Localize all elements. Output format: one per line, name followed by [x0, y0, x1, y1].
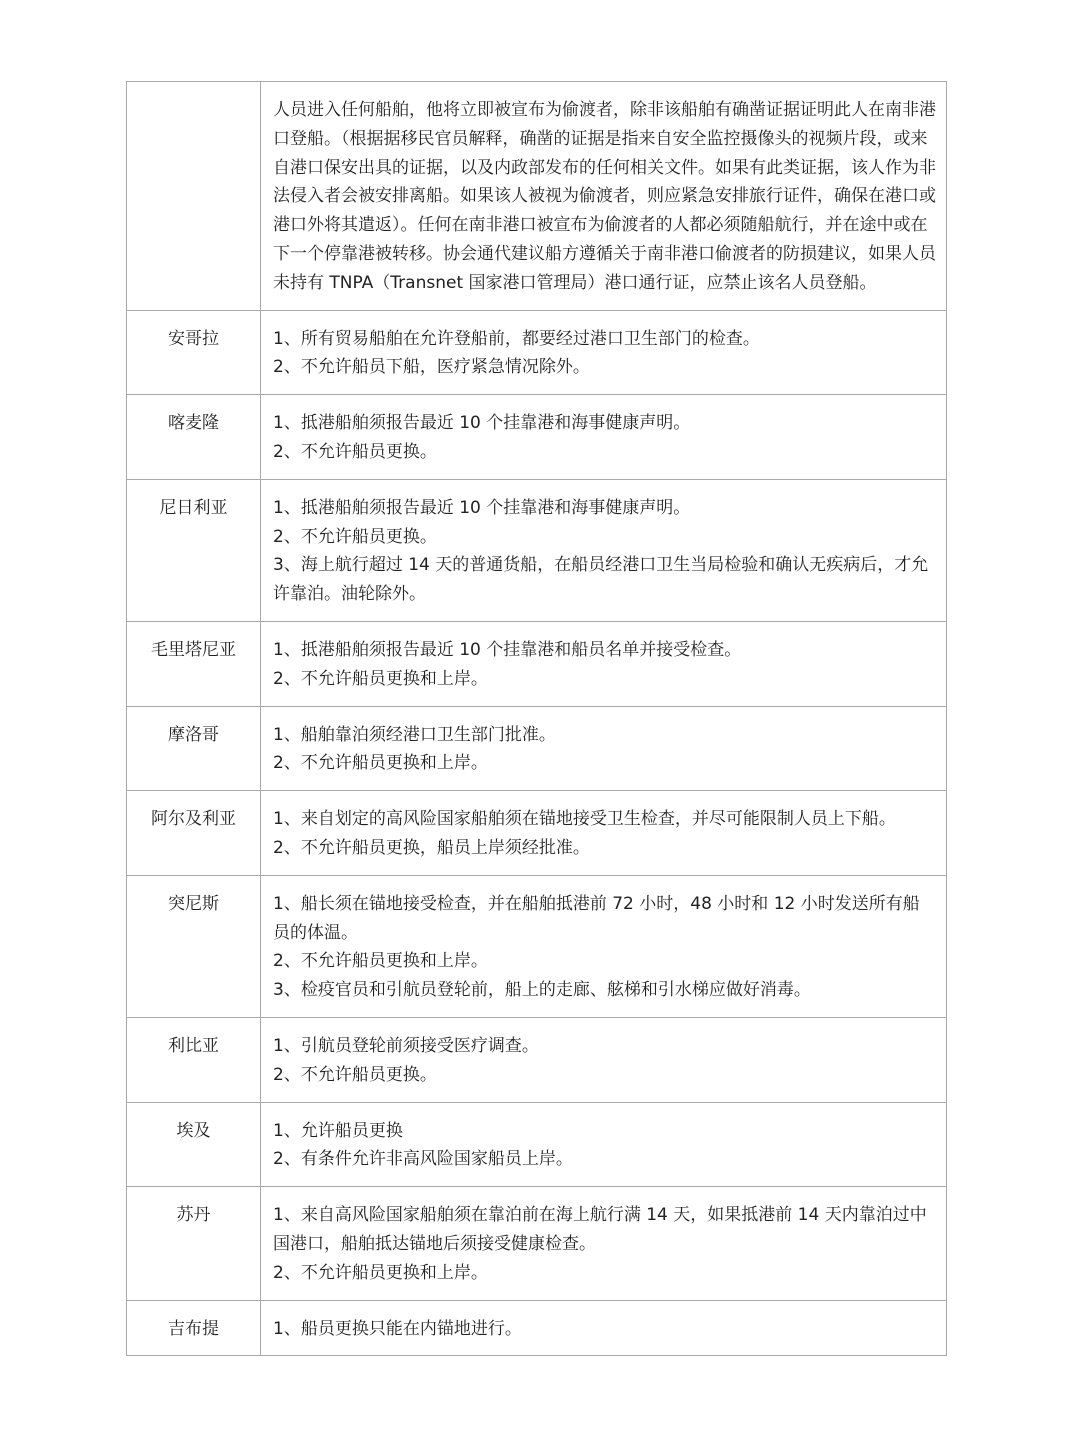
table-row: 喀麦隆 1、抵港船舶须报告最近 10 个挂靠港和海事健康声明。 2、不允许船员更… [127, 395, 947, 480]
restriction-line: 3、检疫官员和引航员登轮前，船上的走廊、舷梯和引水梯应做好消毒。 [273, 976, 936, 1005]
restrictions-cell: 1、来自高风险国家船舶须在靠泊前在海上航行满 14 天，如果抵港前 14 天内靠… [261, 1187, 947, 1300]
restrictions-cell: 1、引航员登轮前须接受医疗调查。 2、不允许船员更换。 [261, 1017, 947, 1102]
country-cell: 摩洛哥 [127, 706, 261, 791]
restriction-line: 3、海上航行超过 14 天的普通货船，在船员经港口卫生当局检验和确认无疾病后，才… [273, 551, 936, 609]
restriction-line: 2、不允许船员更换。 [273, 1061, 936, 1090]
table-row: 人员进入任何船舶，他将立即被宣布为偷渡者，除非该船舶有确凿证据证明此人在南非港口… [127, 82, 947, 311]
country-cell: 苏丹 [127, 1187, 261, 1300]
restriction-line: 2、不允许船员更换。 [273, 523, 936, 552]
restrictions-cell: 1、抵港船舶须报告最近 10 个挂靠港和船员名单并接受检查。 2、不允许船员更换… [261, 621, 947, 706]
restrictions-cell: 人员进入任何船舶，他将立即被宣布为偷渡者，除非该船舶有确凿证据证明此人在南非港口… [261, 82, 947, 311]
country-cell: 尼日利亚 [127, 479, 261, 621]
country-cell: 突尼斯 [127, 875, 261, 1017]
restrictions-cell: 1、抵港船舶须报告最近 10 个挂靠港和海事健康声明。 2、不允许船员更换。 3… [261, 479, 947, 621]
restriction-line: 1、抵港船舶须报告最近 10 个挂靠港和船员名单并接受检查。 [273, 636, 936, 665]
country-cell [127, 82, 261, 311]
restriction-line: 2、不允许船员下船，医疗紧急情况除外。 [273, 353, 936, 382]
table-row: 阿尔及利亚 1、来自划定的高风险国家船舶须在锚地接受卫生检查，并尽可能限制人员上… [127, 791, 947, 876]
country-cell: 埃及 [127, 1102, 261, 1187]
restriction-line: 1、引航员登轮前须接受医疗调查。 [273, 1032, 936, 1061]
country-cell: 喀麦隆 [127, 395, 261, 480]
country-cell: 安哥拉 [127, 310, 261, 395]
restriction-line: 人员进入任何船舶，他将立即被宣布为偷渡者，除非该船舶有确凿证据证明此人在南非港口… [273, 96, 936, 298]
restrictions-cell: 1、抵港船舶须报告最近 10 个挂靠港和海事健康声明。 2、不允许船员更换。 [261, 395, 947, 480]
restrictions-cell: 1、所有贸易船舶在允许登船前，都要经过港口卫生部门的检查。 2、不允许船员下船，… [261, 310, 947, 395]
restriction-line: 1、允许船员更换 [273, 1117, 936, 1146]
restriction-line: 2、不允许船员更换和上岸。 [273, 749, 936, 778]
table-row: 利比亚 1、引航员登轮前须接受医疗调查。 2、不允许船员更换。 [127, 1017, 947, 1102]
restriction-line: 1、来自划定的高风险国家船舶须在锚地接受卫生检查，并尽可能限制人员上下船。 [273, 805, 936, 834]
country-cell: 毛里塔尼亚 [127, 621, 261, 706]
restriction-line: 2、有条件允许非高风险国家船员上岸。 [273, 1145, 936, 1174]
restriction-line: 2、不允许船员更换，船员上岸须经批准。 [273, 834, 936, 863]
restriction-line: 2、不允许船员更换。 [273, 438, 936, 467]
restriction-line: 1、船长须在锚地接受检查，并在船舶抵港前 72 小时，48 小时和 12 小时发… [273, 890, 936, 948]
port-restrictions-table: 人员进入任何船舶，他将立即被宣布为偷渡者，除非该船舶有确凿证据证明此人在南非港口… [126, 81, 947, 1356]
table-row: 摩洛哥 1、船舶靠泊须经港口卫生部门批准。 2、不允许船员更换和上岸。 [127, 706, 947, 791]
country-cell: 阿尔及利亚 [127, 791, 261, 876]
restriction-line: 2、不允许船员更换和上岸。 [273, 947, 936, 976]
restrictions-cell: 1、船舶靠泊须经港口卫生部门批准。 2、不允许船员更换和上岸。 [261, 706, 947, 791]
restriction-line: 1、抵港船舶须报告最近 10 个挂靠港和海事健康声明。 [273, 494, 936, 523]
restriction-line: 1、抵港船舶须报告最近 10 个挂靠港和海事健康声明。 [273, 409, 936, 438]
restriction-line: 1、所有贸易船舶在允许登船前，都要经过港口卫生部门的检查。 [273, 325, 936, 354]
restriction-line: 1、来自高风险国家船舶须在靠泊前在海上航行满 14 天，如果抵港前 14 天内靠… [273, 1201, 936, 1259]
table-row: 苏丹 1、来自高风险国家船舶须在靠泊前在海上航行满 14 天，如果抵港前 14 … [127, 1187, 947, 1300]
restriction-line: 2、不允许船员更换和上岸。 [273, 1259, 936, 1288]
restrictions-cell: 1、船员更换只能在内锚地进行。 [261, 1300, 947, 1356]
restrictions-cell: 1、船长须在锚地接受检查，并在船舶抵港前 72 小时，48 小时和 12 小时发… [261, 875, 947, 1017]
restrictions-cell: 1、允许船员更换 2、有条件允许非高风险国家船员上岸。 [261, 1102, 947, 1187]
restrictions-cell: 1、来自划定的高风险国家船舶须在锚地接受卫生检查，并尽可能限制人员上下船。 2、… [261, 791, 947, 876]
restriction-line: 2、不允许船员更换和上岸。 [273, 665, 936, 694]
table-row: 埃及 1、允许船员更换 2、有条件允许非高风险国家船员上岸。 [127, 1102, 947, 1187]
table-row: 吉布提 1、船员更换只能在内锚地进行。 [127, 1300, 947, 1356]
restriction-line: 1、船员更换只能在内锚地进行。 [273, 1315, 936, 1344]
table-row: 突尼斯 1、船长须在锚地接受检查，并在船舶抵港前 72 小时，48 小时和 12… [127, 875, 947, 1017]
country-cell: 吉布提 [127, 1300, 261, 1356]
table-row: 安哥拉 1、所有贸易船舶在允许登船前，都要经过港口卫生部门的检查。 2、不允许船… [127, 310, 947, 395]
restriction-line: 1、船舶靠泊须经港口卫生部门批准。 [273, 721, 936, 750]
table-row: 毛里塔尼亚 1、抵港船舶须报告最近 10 个挂靠港和船员名单并接受检查。 2、不… [127, 621, 947, 706]
table-row: 尼日利亚 1、抵港船舶须报告最近 10 个挂靠港和海事健康声明。 2、不允许船员… [127, 479, 947, 621]
country-cell: 利比亚 [127, 1017, 261, 1102]
